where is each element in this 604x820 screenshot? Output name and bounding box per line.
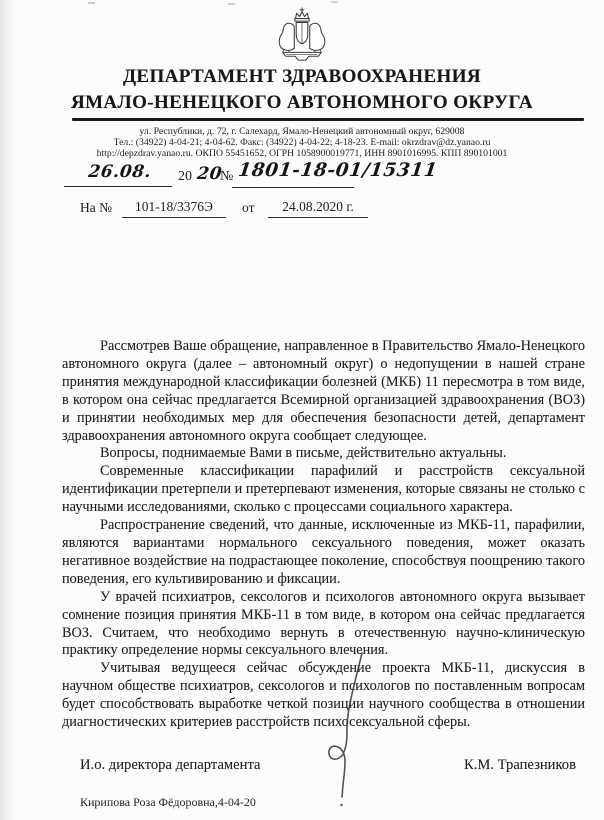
scanned-letter-page: ДЕПАРТАМЕНТ ЗДРАВООХРАНЕНИЯ ЯМАЛО-НЕНЕЦК…: [0, 0, 604, 820]
contact-phone-email: Тел.: (34922) 4-04-21; 4-04-62. Факс: (3…: [0, 137, 604, 148]
letter-body: Рассмотрев Ваше обращение, направленное …: [62, 338, 585, 732]
signer-name: К.М. Трапезников: [464, 757, 576, 774]
body-paragraph: Вопросы, поднимаемые Вами в письме, дейс…: [62, 445, 585, 463]
scan-artifact: [88, 2, 95, 4]
title-line-1: ДЕПАРТАМЕНТ ЗДРАВООХРАНЕНИЯ: [0, 64, 604, 90]
reply-ref-date: 24.08.2020 г.: [268, 199, 368, 218]
year-prefix-printed: 20: [178, 169, 192, 185]
outgoing-date-handwritten: 26.08.: [64, 162, 175, 187]
signature-row: И.о. директора департамента К.М. Трапезн…: [80, 757, 576, 774]
coat-of-arms-icon: [271, 7, 333, 68]
body-paragraph: У врачей психиатров, сексологов и психол…: [62, 589, 585, 661]
body-paragraph: Рассмотрев Ваше обращение, направленное …: [62, 338, 585, 445]
contact-address: ул. Республики, д. 72, г. Салехард, Ямал…: [0, 126, 604, 137]
signer-position: И.о. директора департамента: [80, 757, 260, 774]
department-title: ДЕПАРТАМЕНТ ЗДРАВООХРАНЕНИЯ ЯМАЛО-НЕНЕЦК…: [0, 64, 604, 116]
body-paragraph: Учитывая ведущееся сейчас обсуждение про…: [62, 660, 585, 732]
title-line-2: ЯМАЛО-НЕНЕЦКОГО АВТОНОМНОГО ОКРУГА: [0, 90, 604, 116]
header-divider: [72, 118, 584, 121]
body-paragraph: Современные классификации парафилий и ра…: [62, 463, 585, 517]
contact-codes: http://depzdrav.yanao.ru. ОКПО 55451652,…: [0, 148, 604, 159]
body-paragraph: Распространение сведений, что данные, ис…: [62, 517, 585, 589]
reply-ref-label: На №: [80, 200, 112, 216]
number-underline: [232, 187, 354, 188]
number-sign: №: [220, 169, 233, 185]
outgoing-number-handwritten: 1801-18-01/15311: [237, 160, 439, 181]
executor-note: Кирипова Роза Фёдоровна,4-04-20: [80, 795, 256, 810]
reply-ref-number: 101-18/3376Э: [122, 199, 226, 218]
reply-from-label: от: [242, 200, 254, 216]
scan-edge-shadow: [0, 0, 14, 820]
contact-block: ул. Республики, д. 72, г. Салехард, Ямал…: [0, 126, 604, 159]
